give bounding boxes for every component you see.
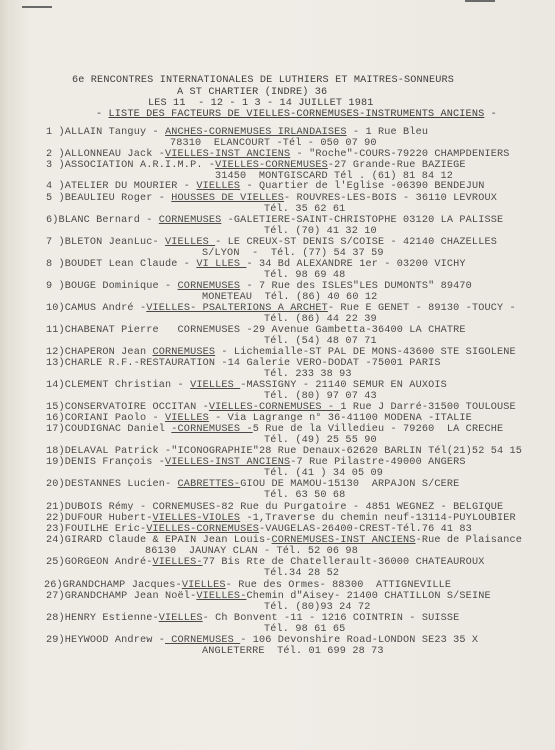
entry-number: 3 ): [46, 160, 65, 171]
entry-address: -27 Grande-Rue BAZIEGE: [328, 160, 466, 171]
entry-name: ASSOCIATION A.R.I.M.P. -: [65, 160, 215, 171]
entry-number: 2 ): [46, 149, 65, 160]
list-item: 15)CONSERVATOIRE OCCITAN -VIELLES-CORNEM…: [46, 402, 516, 413]
entry-specialty: VIELLES-CORNEMUSES -: [209, 402, 341, 413]
list-item: 16)CORIANI Paolo - VIELLES - Via Lagrang…: [46, 413, 472, 424]
entry-specialty: VIELLES: [159, 613, 203, 624]
entry-name: BEAULIEU Roger -: [65, 193, 171, 204]
entry-address: 5 Rue de la Villedieu - 79260 LA CRECHE: [253, 424, 504, 435]
entry-name: CORIANI Paolo -: [65, 413, 165, 424]
entry-continuation: 78310 ELANCOURT -Tél - 050 07 90: [170, 138, 377, 149]
entry-specialty: VIELLES-: [196, 591, 246, 602]
entry-number: 11): [46, 325, 65, 336]
entry-name: HENRY Estienne-: [65, 613, 159, 624]
entry-address: - Ch Bonvent -11 - 1216 COINTRIN - SUISS…: [203, 613, 460, 624]
entry-specialty: VI LLES: [196, 259, 246, 270]
list-item: 18)DELAVAL Patrick -"ICONOGRAPHIE"28 Rue…: [46, 446, 522, 457]
entry-continuation: Tél. (41 ) 34 05 09: [264, 468, 383, 479]
entry-number: 4 ): [46, 181, 65, 192]
list-item: 28)HENRY Estienne-VIELLES- Ch Bonvent -1…: [46, 613, 459, 624]
entry-name: CHAPERON Jean: [65, 347, 153, 358]
list-item: 17)COUDIGNAC Daniel -CORNEMUSES -5 Rue d…: [46, 424, 503, 435]
entry-continuation: Tél. 63 50 68: [264, 490, 345, 501]
list-item: 20)DESTANNES Lucien- CABRETTES-GIOU DE M…: [46, 479, 459, 490]
list-item: 3 )ASSOCIATION A.R.I.M.P. -VIELLES-CORNE…: [46, 160, 466, 171]
entry-number: 27): [46, 591, 65, 602]
header-line-2: A ST CHARTIER (INDRE) 36: [177, 87, 327, 98]
list-item: 9 )BOUGE Dominique - CORNEMUSES - 7 Rue …: [46, 281, 472, 292]
entry-number: 25): [46, 557, 65, 568]
header-line-1: 6e RENCONTRES INTERNATIONALES DE LUTHIER…: [72, 75, 454, 86]
entry-address: 28 Rue Denaux-62620 BARLIN Tél(21)52 54 …: [259, 446, 522, 457]
list-item: 8 )BOUDET Lean Claude - VI LLES - 34 Bd …: [46, 259, 466, 270]
list-item: 29)HEYWOOD Andrew - CORNEMUSES - 106 Dev…: [46, 635, 478, 646]
entry-number: 26): [44, 580, 63, 591]
entry-specialty: CORNEMUSES: [159, 215, 222, 226]
entry-specialty: CORNEMUSES: [153, 347, 216, 358]
entry-name: GIRARD Claude & EPAIN Jean Louis-: [65, 535, 272, 546]
entry-number: 16): [46, 413, 65, 424]
entry-address: 77 Bis Rte de Chatellerault-36000 CHATEA…: [203, 557, 485, 568]
entry-number: 13): [46, 358, 65, 369]
entry-specialty: HOUSSES DE VIELLES: [171, 193, 284, 204]
entry-address: CORNEMUSES -29 Avenue Gambetta-36400 LA …: [178, 325, 466, 336]
entry-number: 10): [46, 303, 65, 314]
list-item: 4 )ATELIER DU MOURIER - VIELLES - Quarti…: [46, 181, 484, 192]
entry-number: 9 ): [46, 281, 65, 292]
entry-address: - 7 Rue des ISLES"LES DUMONTS" 89470: [240, 281, 472, 292]
entry-continuation: Tél. 98 61 65: [264, 624, 345, 635]
entry-name: CHARLE R.F.-RESTAURATION: [65, 358, 215, 369]
entry-address: - 34 Bd ALEXANDRE 1er - 03200 VICHY: [246, 259, 465, 270]
entry-specialty: CORNEMUSES: [165, 635, 240, 646]
entry-address: - Quartier de l'Eglise -06390 BENDEJUN: [240, 181, 484, 192]
entry-number: 12): [46, 347, 65, 358]
entry-specialty: CORNEMUSES-INST ANCIENS: [272, 535, 416, 546]
list-item: 27)GRANDCHAMP Jean Noël-VIELLES-Chemin d…: [46, 591, 491, 602]
entry-name: CHABENAT Pierre: [65, 325, 178, 336]
entry-address: - Lichemialle-ST PAL DE MONS-43600 STE S…: [215, 347, 516, 358]
entry-continuation: 86130 JAUNAY CLAN - Tél. 52 06 98: [145, 546, 358, 557]
entry-name: CONSERVATOIRE OCCITAN -: [65, 402, 209, 413]
entry-specialty: VIELLES-CORNEMUSES: [215, 160, 328, 171]
list-item: 2 )ALLONNEAU Jack -VIELLES-INST ANCIENS …: [46, 149, 510, 160]
entry-name: ALLAIN Tanguy -: [65, 127, 165, 138]
list-item: 21)DUBOIS Rémy - CORNEMUSES-82 Rue du Pu…: [46, 502, 503, 513]
entry-number: 23): [46, 524, 65, 535]
entry-number: 22): [46, 513, 65, 524]
entry-number: 6): [46, 215, 59, 226]
entry-specialty: VIELLES: [165, 413, 209, 424]
entry-name: HEYWOOD Andrew -: [65, 635, 165, 646]
entry-number: 1 ): [46, 127, 65, 138]
entry-number: 15): [46, 402, 65, 413]
entry-address: -VAUGELAS-26400-CREST-Tél.76 41 83: [259, 524, 472, 535]
typewritten-document: 6e RENCONTRES INTERNATIONALES DE LUTHIER…: [0, 0, 555, 90]
entry-number: 5 ): [46, 193, 65, 204]
entry-address: - 1 Rue Bleu: [347, 127, 428, 138]
entry-continuation: Tél. (70) 41 32 10: [264, 226, 377, 237]
entry-number: 14): [46, 380, 65, 391]
entry-name: GRANDCHAMP Jacques-: [63, 580, 182, 591]
entry-number: 8 ): [46, 259, 65, 270]
list-item: 25)GORGEON André-VIELLES-77 Bis Rte de C…: [46, 557, 484, 568]
entry-continuation: Tél. 98 69 48: [264, 270, 345, 281]
entry-specialty: VIELLES: [165, 237, 215, 248]
entry-address: -14 Galerie VERO-DODAT -75001 PARIS: [215, 358, 441, 369]
entry-specialty: VIELLES-VIOLES: [153, 513, 241, 524]
entry-continuation: Tél. 35 62 61: [264, 204, 345, 215]
entry-name: GORGEON André-: [65, 557, 153, 568]
entry-number: 19): [46, 457, 65, 468]
entry-specialty: VIELLES: [190, 380, 240, 391]
entry-number: 28): [46, 613, 65, 624]
entry-specialty: VIELLES: [182, 580, 226, 591]
entry-name: ATELIER DU MOURIER -: [65, 181, 197, 192]
entry-specialty: CORNEMUSES: [178, 281, 241, 292]
entry-name: DUBOIS Rémy -: [65, 502, 153, 513]
list-item: 10)CAMUS André -VIELLES- PSALTERIONS A A…: [46, 303, 516, 314]
entry-name: BLANC Bernard -: [59, 215, 159, 226]
entry-specialty: VIELLES- PSALTERIONS A ARCHET: [146, 303, 328, 314]
entry-specialty: VIELLES-INST ANCIENS: [165, 149, 290, 160]
entry-address: -GALETIERE-SAINT-CHRISTOPHE 03120 LA PAL…: [221, 215, 503, 226]
entry-name: DELAVAL Patrick -"ICONOGRAPHIE": [65, 446, 259, 457]
list-title: - LISTE DES FACTEURS DE VIELLES-CORNEMUS…: [96, 109, 497, 120]
entry-specialty: VIELLES-INST ANCIENS: [165, 457, 290, 468]
entry-number: 18): [46, 446, 65, 457]
entry-continuation: Tél. (80)93 24 72: [264, 602, 370, 613]
entry-name: ALLONNEAU Jack -: [65, 149, 165, 160]
entry-number: 21): [46, 502, 65, 513]
list-item: 26)GRANDCHAMP Jacques-VIELLES- Rue des O…: [44, 580, 451, 591]
entry-address: - 106 Devonshire Road-LONDON SE23 35 X: [240, 635, 478, 646]
entry-address: - "Roche"-COURS-79220 CHAMPDENIERS: [290, 149, 509, 160]
entry-name: BOUGE Dominique -: [65, 281, 178, 292]
entry-continuation: ANGLETERRE Tél. 01 699 28 73: [202, 646, 384, 657]
entry-name: BLETON JeanLuc-: [65, 237, 165, 248]
list-item: 6)BLANC Bernard - CORNEMUSES -GALETIERE-…: [46, 215, 503, 226]
list-item: 7 )BLETON JeanLuc- VIELLES - LE CREUX-ST…: [46, 237, 497, 248]
entry-address: -7 Rue Pilastre-49000 ANGERS: [290, 457, 465, 468]
entry-specialty: VIELLES-: [153, 557, 203, 568]
entry-address: -Rue de Plaisance: [416, 535, 522, 546]
entry-continuation: MONETEAU Tél. (86) 40 60 12: [202, 292, 377, 303]
entry-name: GRANDCHAMP Jean Noël-: [65, 591, 197, 602]
list-item: 12)CHAPERON Jean CORNEMUSES - Lichemiall…: [46, 347, 516, 358]
entry-specialty: VIELLES: [196, 181, 240, 192]
entry-address: -MASSIGNY - 21140 SEMUR EN AUXOIS: [240, 380, 447, 391]
entry-continuation: Tél.34 28 52: [264, 568, 339, 579]
paper-edge: [0, 0, 10, 750]
entry-name: BOUDET Lean Claude -: [65, 259, 197, 270]
entry-continuation: Tél. (86) 44 22 39: [264, 314, 377, 325]
entry-address: - Rue des Ormes- 88300 ATTIGNEVILLE: [226, 580, 452, 591]
entry-address: Chemin d"Aisey- 21400 CHATILLON S/SEINE: [246, 591, 490, 602]
entry-name: COUDIGNAC Daniel: [65, 424, 171, 435]
entry-name: DUFOUR Hubert-: [65, 513, 153, 524]
list-title-text: LISTE DES FACTEURS DE VIELLES-CORNEMUSES…: [109, 109, 485, 120]
entry-number: 24): [46, 535, 65, 546]
entry-number: 20): [46, 479, 65, 490]
entry-continuation: S/LYON - Tél. (77) 54 37 59: [202, 248, 384, 259]
entry-name: CLEMENT Christian -: [65, 380, 190, 391]
entry-address: -1,Traverse du chemin neuf-13114-PUYLOUB…: [240, 513, 516, 524]
entry-number: 7 ): [46, 237, 65, 248]
entry-address: 1 Rue J Darré-31500 TOULOUSE: [340, 402, 515, 413]
entry-address: GIOU DE MAMOU-15130 ARPAJON S/CERE: [240, 479, 459, 490]
entry-name: CAMUS André -: [65, 303, 146, 314]
header-line-3: LES 11 - 12 - 1 3 - 14 JUILLET 1981: [148, 98, 374, 109]
entry-specialty: VIELLES-CORNEMUSES: [146, 524, 259, 535]
list-item: 14)CLEMENT Christian - VIELLES -MASSIGNY…: [46, 380, 447, 391]
entry-name: FOUILHE Eric-: [65, 524, 146, 535]
entry-name: DENIS François -: [65, 457, 165, 468]
list-item: 23)FOUILHE Eric-VIELLES-CORNEMUSES-VAUGE…: [46, 524, 472, 535]
entry-address: - Via Lagrange n° 36-41100 MODENA -ITALI…: [209, 413, 472, 424]
list-item: 19)DENIS François -VIELLES-INST ANCIENS-…: [46, 457, 466, 468]
entry-address: CORNEMUSES-82 Rue du Purgatoire - 4851 W…: [153, 502, 504, 513]
entry-number: 17): [46, 424, 65, 435]
entry-specialty: -CORNEMUSES -: [171, 424, 252, 435]
entry-address: - LE CREUX-ST DENIS S/COISE - 42140 CHAZ…: [215, 237, 497, 248]
entry-continuation: Tél. (49) 25 55 90: [264, 435, 377, 446]
entry-name: DESTANNES Lucien-: [65, 479, 178, 490]
entry-specialty: ANCHES-CORNEMUSES IRLANDAISES: [165, 127, 347, 138]
entry-number: 29): [46, 635, 65, 646]
list-item: 22)DUFOUR Hubert-VIELLES-VIOLES -1,Trave…: [46, 513, 516, 524]
list-item: 11)CHABENAT Pierre CORNEMUSES -29 Avenue…: [46, 325, 466, 336]
list-item: 13)CHARLE R.F.-RESTAURATION -14 Galerie …: [46, 358, 441, 369]
entry-continuation: Tél. (54) 48 07 71: [264, 336, 377, 347]
entry-specialty: CABRETTES-: [178, 479, 241, 490]
list-item: 1 )ALLAIN Tanguy - ANCHES-CORNEMUSES IRL…: [46, 127, 428, 138]
entry-continuation: Tél. (80) 97 07 43: [264, 391, 377, 402]
entry-continuation: Tél. 233 38 93: [264, 369, 352, 380]
list-item: 5 )BEAULIEU Roger - HOUSSES DE VIELLES- …: [46, 193, 497, 204]
entry-address: - Rue E GENET - 89130 -TOUCY -: [328, 303, 516, 314]
entry-address: - ROUVRES-LES-BOIS - 36110 LEVROUX: [284, 193, 497, 204]
list-item: 24)GIRARD Claude & EPAIN Jean Louis-CORN…: [46, 535, 522, 546]
